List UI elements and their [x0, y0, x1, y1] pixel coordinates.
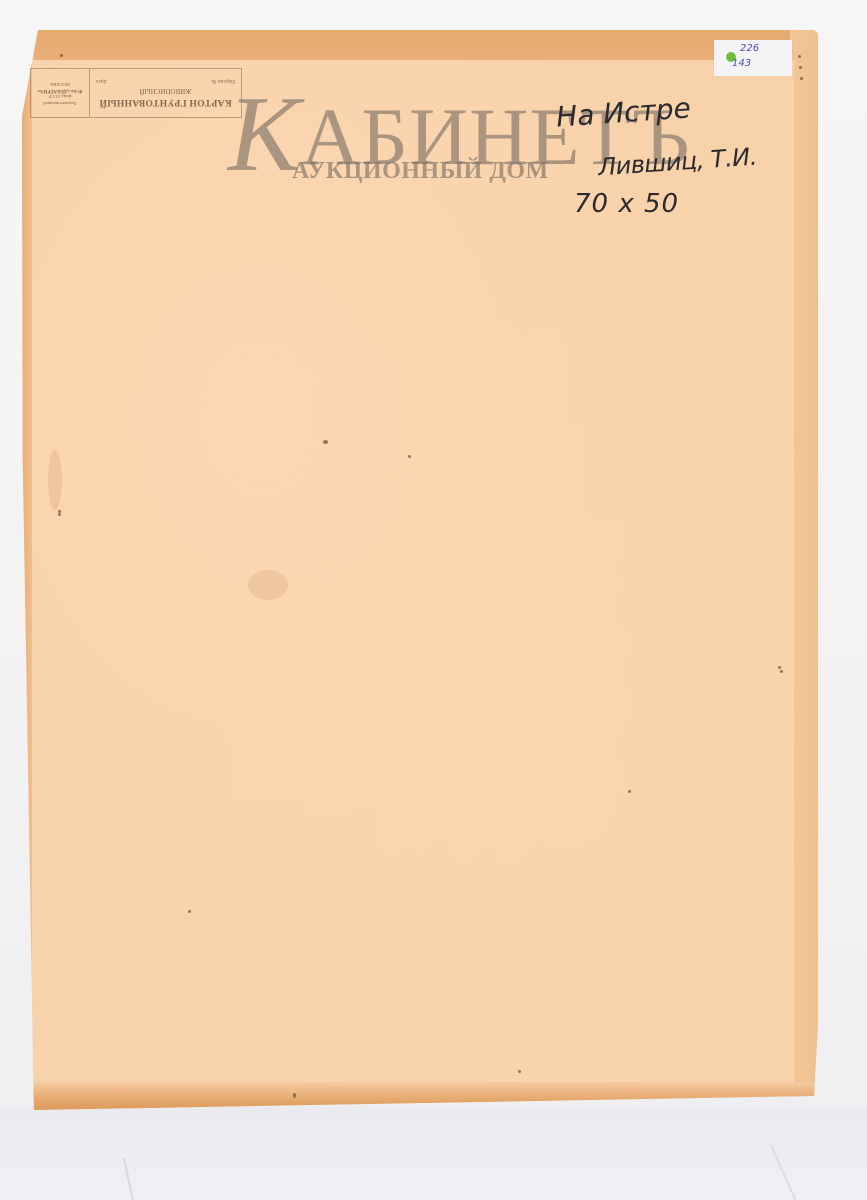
speck [58, 513, 61, 516]
sticker-number-top: 226 [740, 43, 759, 55]
board-right-edge [790, 30, 818, 1110]
speck [293, 1093, 296, 1098]
label-side-block: Художественный фонд СССР Ф-ка «ДЕКАТРИА»… [31, 69, 89, 117]
board-top-edge [18, 30, 818, 64]
label-subtitle: ЖИВОПИСНЫЙ [96, 88, 235, 96]
label-side-line: фонд СССР [49, 93, 72, 99]
stain [248, 570, 288, 600]
label-main-block: КАРТОН ГРУНТОВАННЫЙ ЖИВОПИСНЫЙ Партия № … [89, 69, 241, 117]
speck [778, 666, 781, 669]
label-side-line: Художественный [43, 99, 76, 105]
sticker-number-bottom: 143 [732, 58, 751, 70]
cardboard-back [18, 30, 818, 1110]
board-bottom-edge [18, 1082, 818, 1110]
speck [323, 440, 328, 444]
label-field-batch: Партия № [211, 79, 235, 85]
stain [48, 450, 62, 510]
inventory-sticker: 226 143 [714, 40, 792, 76]
speck [780, 670, 783, 673]
handwritten-dimensions: 70 x 50 [574, 189, 679, 219]
speck [408, 455, 411, 458]
speck [800, 77, 803, 80]
board-surface [32, 60, 794, 1082]
label-fields: Партия № Дата [96, 79, 235, 85]
speck [799, 66, 802, 69]
speck [518, 1070, 521, 1073]
speck [60, 54, 63, 57]
speck [188, 910, 191, 913]
manufacturer-label: КАРТОН ГРУНТОВАННЫЙ ЖИВОПИСНЫЙ Партия № … [30, 68, 242, 118]
speck [798, 55, 801, 58]
label-side-line: МОСКВА [50, 80, 70, 86]
label-title: КАРТОН ГРУНТОВАННЫЙ [96, 98, 235, 108]
speck [628, 790, 631, 793]
label-field-date: Дата [96, 79, 107, 85]
label-side-line: Ф-ка «ДЕКАТРИА» [38, 87, 83, 94]
